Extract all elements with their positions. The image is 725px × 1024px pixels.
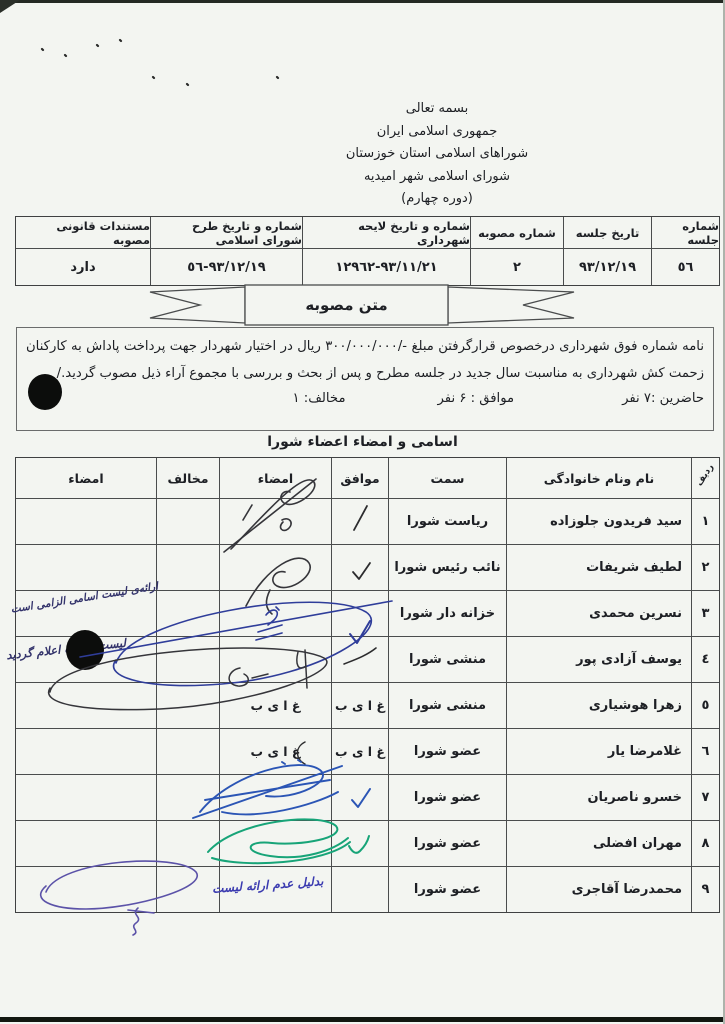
meta-header-resolution-no: شماره مصوبه [470, 217, 563, 248]
meta-value-resolution-no: ٢ [470, 248, 563, 285]
meta-header-bill-no-date: شماره و تاریخ لایحه شهرداری [302, 217, 470, 248]
cell-position: عضو شورا [388, 866, 506, 912]
meta-header-plan-no-date: شماره و تاریخ طرح شورای اسلامی [150, 217, 302, 248]
cell-position: ریاست شورا [388, 498, 506, 544]
cell-position: خزانه دار شورا [388, 590, 506, 636]
cell-position: عضو شورا [388, 820, 506, 866]
cell-signature [219, 544, 331, 590]
cell-row-number: ٣ [691, 590, 719, 636]
cell-position: منشی شورا [388, 636, 506, 682]
cell-oppose [156, 820, 219, 866]
country-line: جمهوری اسلامی ایران [282, 121, 592, 144]
cell-agree [331, 590, 388, 636]
cell-row-number: ٦ [691, 728, 719, 774]
cell-position: عضو شورا [388, 774, 506, 820]
cell-signature [219, 498, 331, 544]
cell-signature [219, 774, 331, 820]
scanned-document-page: بسمه تعالی جمهوری اسلامی ایران شوراهای ا… [0, 0, 725, 1024]
cell-oppose-signature [16, 774, 156, 820]
resolution-text-box: نامه شماره فوق شهرداری درخصوص قرارگرفتن … [16, 327, 714, 431]
cell-oppose [156, 590, 219, 636]
cell-name: محمدرضا آقاجری [506, 866, 691, 912]
cell-oppose [156, 544, 219, 590]
meta-value-session-date: ٩٣/١٢/١٩ [563, 248, 651, 285]
cell-name: سید فریدون جلوزاده [506, 498, 691, 544]
cell-oppose [156, 636, 219, 682]
cell-agree [331, 820, 388, 866]
col-header-signature: امضاء [219, 458, 331, 498]
meta-header-legal-docs: مستندات قانونی مصوبه [16, 217, 150, 248]
col-header-position: سمت [388, 458, 506, 498]
oppose-count: مخالف: ۱ [293, 387, 346, 411]
cell-position: نائب رئیس شورا [388, 544, 506, 590]
ink-blot [28, 374, 62, 410]
meta-value-plan-no-date: ٩٣/١٢/١٩-٥٦ [150, 248, 302, 285]
cell-agree [331, 544, 388, 590]
cell-position: عضو شورا [388, 728, 506, 774]
scan-edge-bottom [0, 1017, 725, 1022]
meta-value-legal-docs: دارد [16, 248, 150, 285]
ink-blot [66, 630, 104, 670]
cell-oppose-signature [16, 820, 156, 866]
cell-name: نسرین محمدی [506, 590, 691, 636]
cell-signature [219, 636, 331, 682]
cell-row-number: ٨ [691, 820, 719, 866]
province-councils-line: شوراهای اسلامی استان خوزستان [282, 143, 592, 166]
cell-name: زهرا هوشیاری [506, 682, 691, 728]
meta-value-bill-no-date: ٩٣/١١/٢١-١٢٩٦٢ [302, 248, 470, 285]
resolution-banner-title: متن مصوبه [245, 287, 448, 323]
cell-agree [331, 774, 388, 820]
cell-agree-absent: غ ا ی ب [331, 728, 388, 774]
members-table: ردیف نام ونام خانوادگی سمت موافق امضاء م… [15, 457, 720, 913]
cell-oppose-signature [16, 682, 156, 728]
attendees-count: حاضرین :۷ نفر [622, 387, 704, 411]
members-table-title: اسامی و امضاء اعضاء شورا [0, 434, 725, 450]
ribbon-left-tail [150, 287, 245, 323]
cell-oppose-signature [16, 728, 156, 774]
cell-position: منشی شورا [388, 682, 506, 728]
cell-row-number: ٤ [691, 636, 719, 682]
cell-oppose [156, 774, 219, 820]
cell-signature [219, 820, 331, 866]
cell-signature-absent: غ ا ی ب [219, 728, 331, 774]
cell-name: یوسف آزادی پور [506, 636, 691, 682]
cell-oppose [156, 728, 219, 774]
resolution-body-text: نامه شماره فوق شهرداری درخصوص قرارگرفتن … [26, 333, 704, 387]
cell-row-number: ١ [691, 498, 719, 544]
meta-header-session-no: شماره جلسه [651, 217, 719, 248]
scan-edge-top [0, 0, 725, 3]
agree-count: موافق : ۶ نفر [438, 387, 515, 411]
cell-oppose-signature [16, 866, 156, 912]
scan-specks [42, 40, 278, 85]
cell-agree [331, 636, 388, 682]
cell-row-number: ٢ [691, 544, 719, 590]
cell-name: خسرو ناصریان [506, 774, 691, 820]
cell-name: غلامرضا یار [506, 728, 691, 774]
cell-name: مهران افضلی [506, 820, 691, 866]
letterhead: بسمه تعالی جمهوری اسلامی ایران شوراهای ا… [282, 98, 592, 211]
cell-oppose [156, 682, 219, 728]
col-header-oppose-signature: امضاء [16, 458, 156, 498]
meta-header-session-date: تاریخ جلسه [563, 217, 651, 248]
col-header-row-number: ردیف [691, 458, 719, 498]
meta-table: شماره جلسه تاریخ جلسه شماره مصوبه شماره … [15, 216, 720, 286]
meta-value-session-no: ٥٦ [651, 248, 719, 285]
col-header-agree: موافق [331, 458, 388, 498]
city-council-line: شورای اسلامی شهر امیدیه [282, 166, 592, 189]
cell-name: لطیف شریفات [506, 544, 691, 590]
cell-row-number: ٩ [691, 866, 719, 912]
cell-oppose-signature [16, 498, 156, 544]
col-header-name: نام ونام خانوادگی [506, 458, 691, 498]
cell-agree [331, 866, 388, 912]
ribbon-right-tail [448, 287, 574, 323]
cell-row-number: ٧ [691, 774, 719, 820]
cell-agree [331, 498, 388, 544]
term-line: (دوره چهارم) [282, 188, 592, 211]
cell-signature [219, 590, 331, 636]
cell-agree-absent: غ ا ی ب [331, 682, 388, 728]
cell-row-number: ٥ [691, 682, 719, 728]
bismillah-line: بسمه تعالی [282, 98, 592, 121]
cell-oppose [156, 866, 219, 912]
vote-stats-line: حاضرین :۷ نفر موافق : ۶ نفر مخالف: ۱ [26, 387, 704, 411]
scan-corner-shadow [0, 0, 20, 13]
cell-oppose [156, 498, 219, 544]
col-header-oppose: مخالف [156, 458, 219, 498]
cell-signature-absent: غ ا ی ب [219, 682, 331, 728]
